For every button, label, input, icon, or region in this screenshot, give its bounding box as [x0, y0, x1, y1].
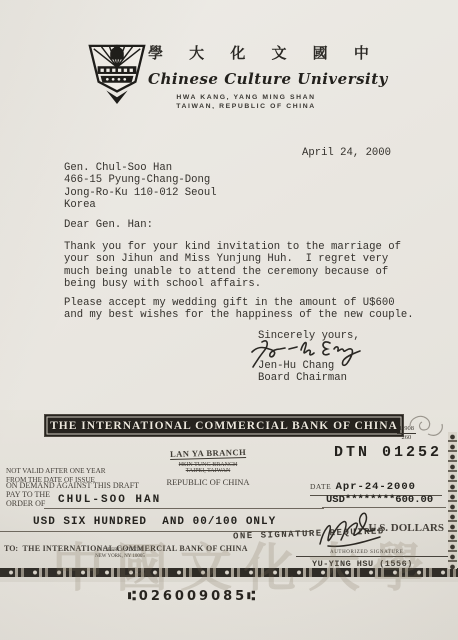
- signer-name: Jen-Hu Chang: [258, 360, 334, 372]
- check-border-right: [448, 432, 457, 569]
- letterhead-chinese-title: 學 大 化 文 國 中: [148, 42, 344, 63]
- recipient-line: Korea: [64, 199, 217, 211]
- letterhead: 學 大 化 文 國 中 Chinese Culture University H…: [148, 42, 344, 110]
- body-paragraph-2: Please accept my wedding gift in the amo…: [64, 297, 414, 322]
- date-value: Apr-24-2000: [336, 481, 416, 493]
- check-fraction: 1-908 260: [397, 425, 416, 441]
- pay-to-label: PAY TO THE: [6, 490, 50, 499]
- body-line: your son Jihun and Miss Yunjung Huh. I r…: [64, 253, 401, 265]
- bank-check: THE INTERNATIONAL COMMERCIAL BANK OF CHI…: [0, 410, 458, 582]
- validity-line: NOT VALID AFTER ONE YEAR: [6, 467, 106, 476]
- check-serial-number: DTN 01252: [334, 444, 442, 461]
- drawee-label: TO:: [4, 544, 18, 553]
- recipient-line: Gen. Chul-Soo Han: [64, 162, 217, 174]
- letterhead-address-line1: HWA KANG, YANG MING SHAN: [148, 94, 344, 101]
- drawee-address-line: NEW YORK, NY 10005: [60, 554, 180, 560]
- letterhead-address-line2: TAIWAN, REPUBLIC OF CHINA: [148, 103, 344, 110]
- signature-line: [296, 556, 448, 557]
- university-seal-icon: [86, 40, 148, 106]
- body-line: Please accept my wedding gift in the amo…: [64, 297, 414, 309]
- recipient-address: Gen. Chul-Soo Han 466-15 Pyung-Chang-Don…: [64, 162, 217, 212]
- payee-underline: [44, 508, 324, 509]
- bank-banner: THE INTERNATIONAL COMMERCIAL BANK OF CHI…: [44, 414, 404, 437]
- date-label: DATE: [310, 482, 331, 491]
- branch-block: LAN YA BRANCH HSIN TUNG BRANCH TAIPEI, T…: [146, 443, 270, 487]
- salutation: Dear Gen. Han:: [64, 219, 153, 231]
- authorized-signature-label: AUTHORIZED SIGNATURE: [330, 550, 403, 555]
- fraction-denominator: 260: [397, 434, 416, 442]
- check-date: DATE Apr-24-2000: [310, 476, 442, 496]
- order-of-label: ORDER OF: [6, 499, 45, 508]
- drawee-address: 65 LIBERTY STREET NEW YORK, NY 10005: [60, 548, 180, 559]
- struck-branch-line: TAIPEI, TAIWAN: [146, 468, 270, 474]
- branch-stamp: LAN YA BRANCH: [170, 447, 247, 460]
- check-border-bottom: [0, 568, 458, 577]
- signer-title: Board Chairman: [258, 372, 347, 384]
- amount-words: USD SIX HUNDRED AND 00/100 ONLY: [33, 516, 276, 528]
- amount-numeric: USD********600.00: [326, 494, 433, 506]
- recipient-line: 466-15 Pyung-Chang-Dong: [64, 174, 217, 186]
- bank-name: THE INTERNATIONAL COMMERCIAL BANK OF CHI…: [50, 420, 398, 432]
- letterhead-university-name: Chinese Culture University: [148, 70, 344, 88]
- body-line: and my best wishes for the happiness of …: [64, 309, 414, 321]
- payee-name: CHUL-SOO HAN: [58, 494, 161, 506]
- letter-date: April 24, 2000: [302, 147, 391, 159]
- authorized-signature: [308, 508, 398, 554]
- scanned-letter-page: 學 大 化 文 國 中 Chinese Culture University H…: [0, 0, 458, 640]
- branch-country: REPUBLIC OF CHINA: [146, 477, 270, 487]
- body-line: much being unable to attend the ceremony…: [64, 266, 401, 278]
- micr-line: ⑆026009085⑆: [128, 589, 258, 604]
- demand-clause: ON DEMAND AGAINST THIS DRAFT: [6, 481, 139, 490]
- recipient-line: Jong-Ro-Ku 110-012 Seoul: [64, 187, 217, 199]
- fraction-numerator: 1-908: [397, 425, 416, 434]
- body-paragraph-1: Thank you for your kind invitation to th…: [64, 241, 401, 291]
- body-line: Thank you for your kind invitation to th…: [64, 241, 401, 253]
- body-line: being busy with school affairs.: [64, 278, 401, 290]
